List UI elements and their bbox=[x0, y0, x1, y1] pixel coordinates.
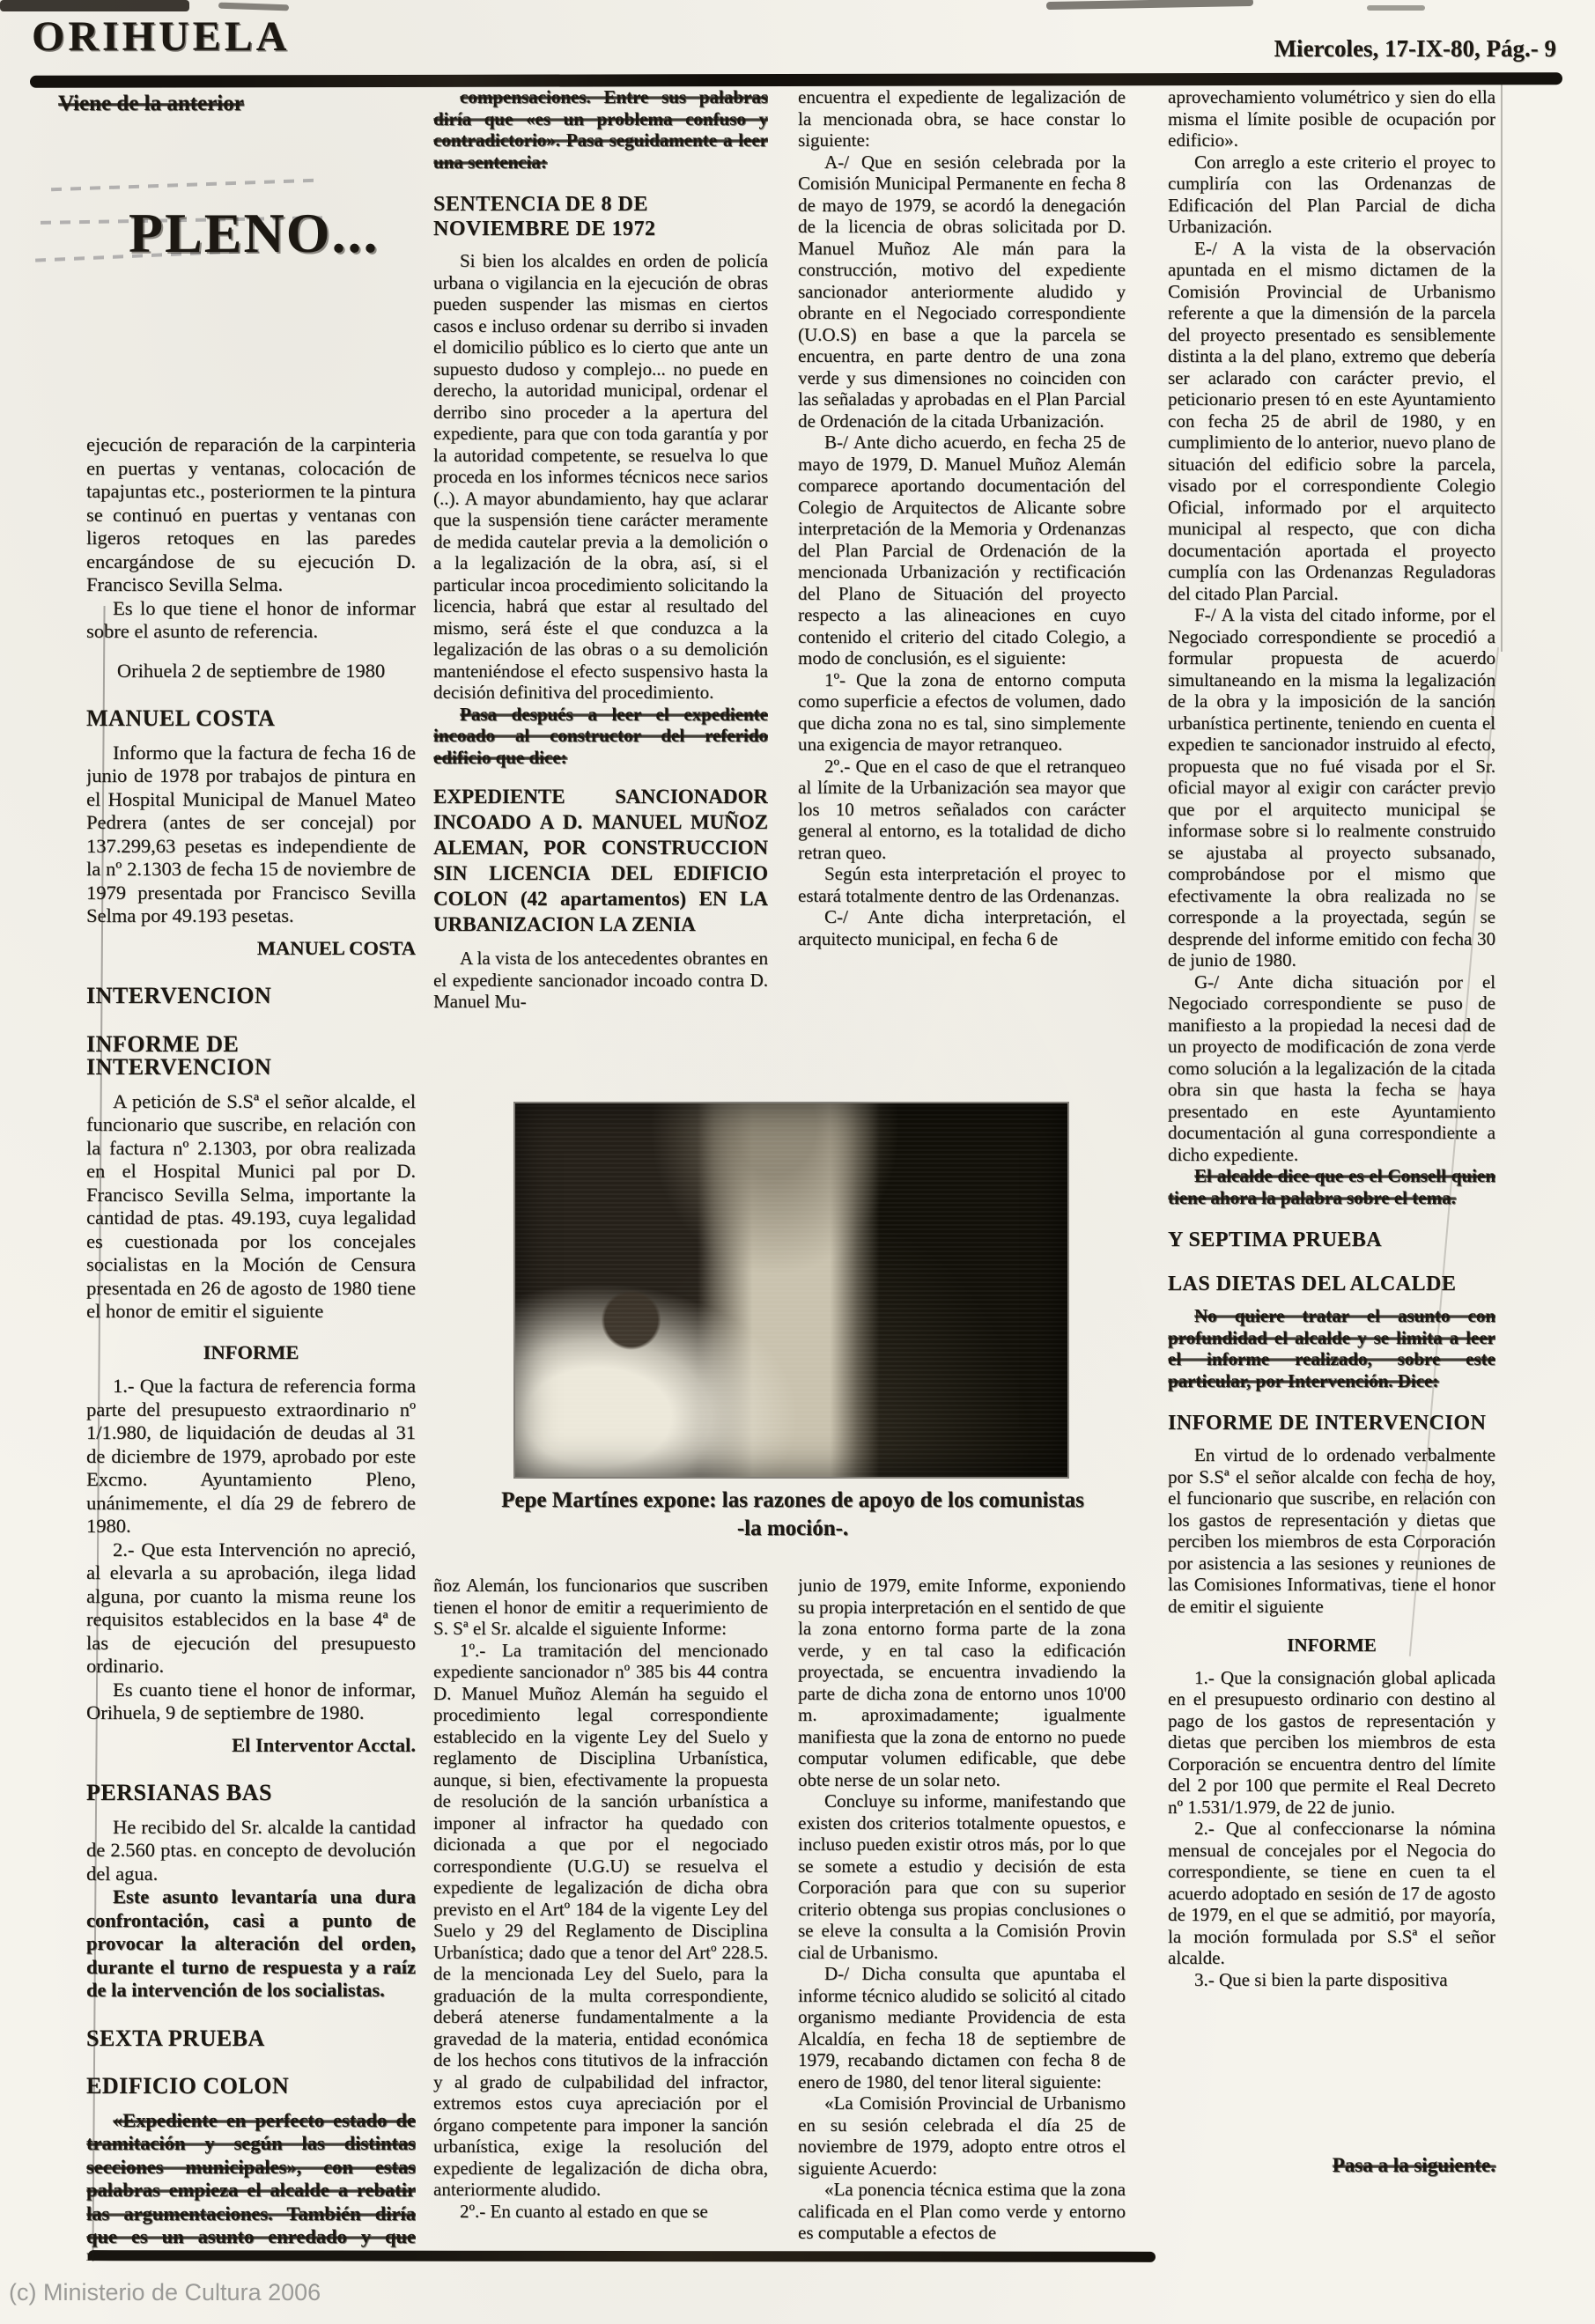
fold-crease-right bbox=[1501, 81, 1503, 652]
article-paragraph: A petición de S.Sª el señor alcalde, el … bbox=[86, 1090, 416, 1324]
article-heading: INTERVENCION bbox=[86, 985, 416, 1008]
article-paragraph: Es lo que tiene el honor de informar sob… bbox=[86, 597, 416, 644]
article-paragraph: Orihuela 2 de septiembre de 1980 bbox=[86, 660, 416, 683]
article-paragraph: Informo que la factura de fecha 16 de ju… bbox=[86, 741, 416, 928]
article-paragraph: C-/ Ante dicha interpretación, el arquit… bbox=[798, 906, 1126, 949]
article-heading: INFORME DE INTERVENCION bbox=[86, 1033, 416, 1080]
article-paragraph: A la vista de los antecedentes obrantes … bbox=[433, 948, 768, 1013]
article-paragraph: F-/ A la vista del citado informe, por e… bbox=[1168, 604, 1495, 971]
text-column-3-lower: junio de 1979, emite Informe, exponiendo… bbox=[798, 1575, 1126, 2260]
article-paragraph: Es cuanto tiene el honor de informar, Or… bbox=[86, 1678, 416, 1725]
article-heading: INFORME DE INTERVENCION bbox=[1168, 1411, 1495, 1435]
dateline: Miercoles, 17-IX-80, Pág.- 9 bbox=[1274, 35, 1556, 63]
article-paragraph: ejecución de reparación de la carpinteri… bbox=[86, 433, 416, 597]
article-paragraph: E-/ A la vista de la observación apuntad… bbox=[1168, 238, 1495, 605]
article-heading: SENTENCIA DE 8 DE NOVIEMBRE DE 1972 bbox=[433, 192, 768, 241]
article-heading: SEXTA PRUEBA bbox=[86, 2027, 416, 2051]
article-paragraph: 3.- Que si bien la parte dispositiva bbox=[1168, 1969, 1495, 1991]
text-column-2-upper: compensaciones. Entre sus palabras diría… bbox=[433, 86, 768, 1092]
article-paragraph: D-/ Dicha consulta que apuntaba el infor… bbox=[798, 1963, 1126, 2092]
photo-caption-line1: Pepe Martínes expone: las razones de apo… bbox=[451, 1487, 1134, 1515]
article-paragraph: 1.- Que la factura de referencia forma p… bbox=[86, 1375, 416, 1538]
text-column-2-lower: ñoz Alemán, los funcionarios que suscrib… bbox=[433, 1575, 768, 2260]
scan-smudge bbox=[0, 0, 189, 11]
photo-caption: Pepe Martínes expone: las razones de apo… bbox=[451, 1487, 1134, 1543]
article-paragraph: «La Comisión Provincial de Urbanismo en … bbox=[798, 2092, 1126, 2179]
article-heading: EDIFICIO COLON bbox=[86, 2075, 416, 2099]
article-paragraph: encuentra el expediente de legalización … bbox=[798, 86, 1126, 151]
article-paragraph: Según esta interpretación el proyec to e… bbox=[798, 863, 1126, 906]
archive-credit: (c) Ministerio de Cultura 2006 bbox=[9, 2279, 321, 2306]
text-column-3-upper: encuentra el expediente de legalización … bbox=[798, 86, 1126, 1092]
article-paragraph: B-/ Ante dicho acuerdo, en fecha 25 de m… bbox=[798, 432, 1126, 669]
article-paragraph: 1.- Que la consignación global aplicada … bbox=[1168, 1667, 1495, 1819]
article-paragraph: A-/ Que en sesión celebrada por la Comis… bbox=[798, 151, 1126, 432]
article-paragraph: Con arreglo a este criterio el proyec to… bbox=[1168, 151, 1495, 238]
article-paragraph: No quiere tratar el asunto con profundid… bbox=[1168, 1305, 1495, 1391]
article-paragraph: El Interventor Acctal. bbox=[86, 1734, 416, 1758]
article-paragraph: 2.- Que esta Intervención no apreció, al… bbox=[86, 1538, 416, 1678]
handwritten-marks bbox=[51, 179, 315, 191]
newspaper-page: ORIHUELA Miercoles, 17-IX-80, Pág.- 9 Vi… bbox=[0, 0, 1595, 2324]
article-paragraph: Concluye su informe, manifestando que ex… bbox=[798, 1790, 1126, 1963]
article-paragraph: G-/ Ante dicha situación por el Negociad… bbox=[1168, 971, 1495, 1166]
article-heading: PERSIANAS BAS bbox=[86, 1782, 416, 1805]
article-paragraph: junio de 1979, emite Informe, exponiendo… bbox=[798, 1575, 1126, 1790]
article-heading: MANUEL COSTA bbox=[86, 707, 416, 731]
article-paragraph: El alcalde dice que es el Consell quien … bbox=[1168, 1165, 1495, 1208]
scan-smudge bbox=[1046, 0, 1253, 10]
article-paragraph: 2º.- En cuanto al estado en que se bbox=[433, 2201, 768, 2223]
article-heading: INFORME bbox=[1168, 1634, 1495, 1656]
continued-next-page-note: Pasa a la siguiente. bbox=[1168, 2154, 1495, 2177]
article-heading: LAS DIETAS DEL ALCALDE bbox=[1168, 1272, 1495, 1296]
scan-smudge bbox=[1367, 5, 1425, 11]
article-paragraph: Si bien los alcaldes en orden de policía… bbox=[433, 250, 768, 704]
news-photo bbox=[515, 1103, 1067, 1477]
text-column-4: aprovechamiento volumétrico y sien do el… bbox=[1168, 86, 1495, 2147]
article-paragraph: compensaciones. Entre sus palabras diría… bbox=[433, 86, 768, 173]
text-column-1: ejecución de reparación de la carpinteri… bbox=[86, 433, 416, 2261]
article-paragraph: 1º.- La tramitación del mencionado exped… bbox=[433, 1640, 768, 2201]
masthead-title: ORIHUELA bbox=[32, 12, 290, 61]
article-paragraph: 1º- Que la zona de entorno computa como … bbox=[798, 669, 1126, 756]
bottom-rule bbox=[88, 2250, 1156, 2262]
scan-smudge bbox=[218, 3, 289, 11]
article-title: PLENO... bbox=[129, 201, 379, 266]
photo-caption-line2: -la moción-. bbox=[451, 1515, 1134, 1543]
article-paragraph: 2.- Que al confeccionarse la nómina mens… bbox=[1168, 1818, 1495, 1969]
article-heading: INFORME bbox=[86, 1341, 416, 1365]
article-paragraph: En virtud de lo ordenado verbalmente por… bbox=[1168, 1444, 1495, 1617]
article-paragraph: 2º.- Que en el caso de que el retranqueo… bbox=[798, 756, 1126, 864]
continuation-note: Viene de la anterior bbox=[58, 92, 244, 116]
article-paragraph: MANUEL COSTA bbox=[86, 937, 416, 961]
article-paragraph: Este asunto levantaría una dura confront… bbox=[86, 1885, 416, 2003]
article-heading: EXPEDIENTE SANCIONADOR INCOADO A D. MANU… bbox=[433, 784, 768, 937]
article-paragraph: Pasa después a leer el expediente incoad… bbox=[433, 704, 768, 769]
article-paragraph: «Expediente en perfecto estado de tramit… bbox=[86, 2109, 416, 2261]
article-paragraph: He recibido del Sr. alcalde la cantidad … bbox=[86, 1816, 416, 1886]
article-paragraph: «La ponencia técnica estima que la zona … bbox=[798, 2179, 1126, 2244]
article-paragraph: ñoz Alemán, los funcionarios que suscrib… bbox=[433, 1575, 768, 1640]
article-paragraph: aprovechamiento volumétrico y sien do el… bbox=[1168, 86, 1495, 151]
